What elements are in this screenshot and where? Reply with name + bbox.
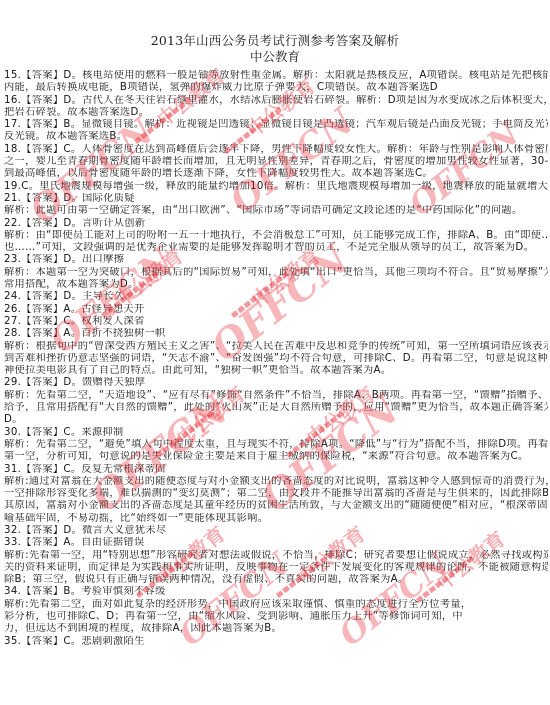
text-line: 16.【答案】D。古代人在冬天往岩石缝里灌水，水结冰后膨胀使岩石碎裂。解析：D项… (4, 95, 548, 107)
text-line: 21.【答案】D。国际化质疑 (4, 193, 548, 205)
text-line: 34.【答案】B。考验审慎刻不容缓 (4, 586, 548, 598)
text-line: 之一，婴儿至青春期骨密度随年龄增长而增加，且无明显性别差异，青春期之后，骨密度的… (4, 156, 548, 168)
text-line: 解析:先看第二空，面对如此复杂的经济形势，中国政府应该采取谨慎、慎重的态度进行全… (4, 599, 548, 611)
text-line: 19.C。里氏地震规模每增强一级，释放的能量约增加10倍。解析：里氏地震规模每增… (4, 181, 548, 193)
text-line: 把岩石碎裂。故本题答案选D。 (4, 107, 548, 119)
text-line (4, 648, 548, 660)
text-line: 28.【答案】A。百折不挠独树一帜 (4, 328, 548, 340)
text-line: 33.【答案】A。自由证据错误 (4, 537, 548, 549)
text-line: 关的资料来证明，而定律是为实践和事实所证明，反映事物在一定条件下发展变化的客观规… (4, 562, 548, 574)
text-line (4, 660, 548, 672)
text-line: 35.【答案】C。悲剧刺激陌生 (4, 636, 548, 648)
document-page: 2013年山西公务员考试行测参考答案及解析 中公教育 15.【答案】D。核电站使… (0, 0, 550, 705)
text-line: 其原因，富翁对小金额支出的吝啬态度是其童年经历的贫困生活所致，与大金额支出的“随… (4, 500, 548, 512)
text-line: 给予，且常用搭配有“大自然的馈赠”，此处的“火山灰”正是大自然所赠予的，应用“馈… (4, 402, 548, 414)
text-line: 也……”可知，文段强调的是优秀企业需要的是能够发挥聪明才智的员工，不是完全服从领… (4, 242, 548, 254)
text-line: 15.【答案】D。核电站使用的燃料一般是铀等放射性重金属。解析：太阳就是热核反应… (4, 70, 548, 82)
answer-body: 15.【答案】D。核电站使用的燃料一般是铀等放射性重金属。解析：太阳就是热核反应… (4, 70, 548, 673)
text-line: 神使拉美电影具有了自己的特点。由此可知，“独树一帜”更恰当。故本题答案为A。 (4, 365, 548, 377)
text-line: D。 (4, 414, 548, 426)
text-line: 除B；第三空，假说只有正确与错误两种情况，没有虚假、不真实的问题，故答案为A。 (4, 574, 548, 586)
text-line: 24.【答案】D。主导长久 (4, 291, 548, 303)
text-line: 一空排除形容变化多端，难以揣测的“变幻莫测”；第二空，由文段并不能推导出富翁的吝… (4, 488, 548, 500)
text-line: 解析：先看第二空，“避免”填入句中程度太重，且与现实不符，排除A项。“降低”与“… (4, 439, 548, 451)
text-line: 解析：根据句中的“曾深受西方殖民主义之害”、“拉美人民在苦难中反思和竞争的传统”… (4, 341, 548, 353)
text-line: 18.【答案】C。人体骨密度在达到高峰值后会逐年下降，男性下降幅度较女性大。解析… (4, 144, 548, 156)
text-line: 23.【答案】D。出口摩擦 (4, 254, 548, 266)
text-line: 27.【答案】C。权利发人深省 (4, 316, 548, 328)
text-line: 力，但远达不到困境的程度，故排除A，因此本题答案为B。 (4, 623, 548, 635)
text-line: 解析：本题第一空为突破口，根据其后的“国际贸易”可知，此处填“出口”更恰当，其他… (4, 267, 548, 279)
text-line: 30.【答案】C。来源抑制 (4, 427, 548, 439)
document-subtitle: 中公教育 (0, 49, 550, 64)
text-line: 喻基础牢固，不易动摇，比“始终如一”更能体现其影响。 (4, 513, 548, 525)
text-line: 解析:通过对富翁在大金额支出的随便态度与对小金额支出的吝啬态度的对比说明，富翁这… (4, 476, 548, 488)
text-line: 到最高峰值，以后骨密度随年龄的增长逐渐下降，女性下降幅度较男性大。故本题答案选C… (4, 168, 548, 180)
text-line: 17.【答案】B。显微镜目镜。解析：近视镜是凹透镜；显微镜目镜是凸透镜；汽车观后… (4, 119, 548, 131)
text-line: 26.【答案】A。古怪异想天开 (4, 304, 548, 316)
text-line: 解析:先看第一空，用“特别思想”形容研究者对想法或假说，不恰当，排除C；研究者要… (4, 550, 548, 562)
text-line: 解析：由“即使员工能对上司的吩咐一五一十地执行，不会消极怠工”可知，员工能够完成… (4, 230, 548, 242)
text-line: 彩分析，也可排除C、D；再看第一空，由“缩水风险、受到影响、通胀压力上升”等修饰… (4, 611, 548, 623)
text-line: 31.【答案】C。反复无常根深蒂固 (4, 464, 548, 476)
text-line: 29.【答案】D。馈赠得天独厚 (4, 377, 548, 389)
text-line: 内能，最后转换成电能，B项错误，氢弹的爆炸威力比原子弹要大，C项错误。故本题答案… (4, 82, 548, 94)
text-line: 反光镜。故本题答案选B。 (4, 131, 548, 143)
text-line: 第一空，分析可知，句意说的是失业保险金主要是来自于雇主缴纳的保险税，“来源”符合… (4, 451, 548, 463)
text-line: 解析：先看第二空，“天造地设”、“应有尽有”修饰“自然条件”不恰当，排除A、B两… (4, 390, 548, 402)
text-line: 22.【答案】D。言听计从创新 (4, 218, 548, 230)
title-block: 2013年山西公务员考试行测参考答案及解析 中公教育 (0, 34, 550, 64)
text-line: 解析：此题可由第一空确定答案，由“出口欧洲”、“国际市场”等词语可确定文段论述的… (4, 205, 548, 217)
document-title: 2013年山西公务员考试行测参考答案及解析 (0, 34, 550, 48)
text-line: 32.【答案】D。微言大义意犹未尽 (4, 525, 548, 537)
text-line: 到苦难和挫折仍意志坚强的词语，“矢志不渝”、“奋发图强”均不符合句意，可排除C、… (4, 353, 548, 365)
text-line: 常用搭配，故本题答案为D。 (4, 279, 548, 291)
